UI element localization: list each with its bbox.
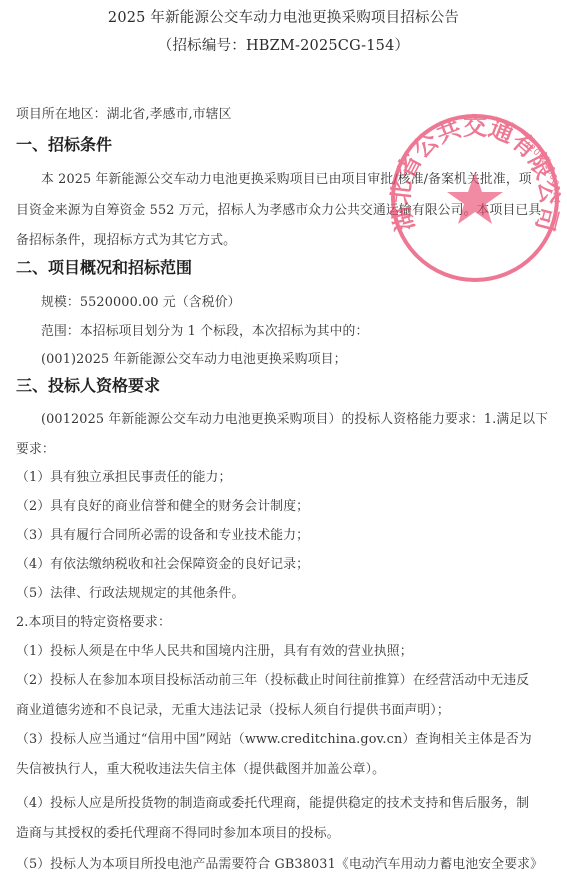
project-scale: 规模：5520000.00 元（含税价） <box>41 291 241 310</box>
project-scope: 范围：本招标项目划分为 1 个标段，本次招标为其中的： <box>41 320 368 339</box>
requirement-item: （1）具有独立承担民事责任的能力； <box>16 466 231 485</box>
project-region: 项目所在地区：湖北省,孝感市,市辖区 <box>16 103 232 122</box>
requirement-item: （5）投标人为本项目所投电池产品需要符合 GB38031《电动汽车用动力蓄电池安… <box>16 853 543 872</box>
tender-number: （招标编号：HBZM-2025CG-154） <box>0 34 567 55</box>
requirement-item: （3）投标人应当通过“信用中国”网站（www.creditchina.gov.c… <box>16 728 532 747</box>
requirement-item: （5）法律、行政法规规定的其他条件。 <box>16 582 244 601</box>
requirement-item-continued: 造商与其授权的委托代理商不得同时参加本项目的投标。 <box>16 822 340 841</box>
specific-requirements-label: 2.本项目的特定资格要求： <box>16 611 171 630</box>
section-heading-project-overview: 二、项目概况和招标范围 <box>16 255 192 278</box>
requirement-item-continued: 失信被执行人，重大税收违法失信主体（提供截图并加盖公章）。 <box>16 758 385 777</box>
section-heading-bidder-qualifications: 三、投标人资格要求 <box>16 373 160 396</box>
requirement-item: （2）具有良好的商业信誉和健全的财务会计制度； <box>16 495 309 514</box>
requirement-item: （3）具有履行合同所必需的设备和专业技术能力； <box>16 524 309 543</box>
paragraph-line: 目资金来源为自筹资金 552 万元，招标人为孝感市众力公共交通运输有限公司。本项… <box>16 199 541 218</box>
company-seal-icon: 湖北省公共交通有限公司 420921000424 <box>385 108 565 288</box>
paragraph-line: 备招标条件，现招标方式为其它方式。 <box>16 229 236 248</box>
requirement-item: （2）投标人在参加本项目投标活动前三年（投标截止时间往前推算）在经营活动中无违反 <box>16 669 529 688</box>
requirement-item: （4）投标人应是所投货物的制造商或委托代理商，能提供稳定的技术支持和售后服务，制 <box>16 792 529 811</box>
document-page: 2025 年新能源公交车动力电池更换采购项目招标公告 （招标编号：HBZM-20… <box>0 0 567 877</box>
requirement-item: （1）投标人须是在中华人民共和国境内注册，具有有效的营业执照； <box>16 640 413 659</box>
requirement-item-continued: 商业道德劣迹和不良记录，无重大违法记录（投标人须自行提供书面声明）； <box>16 699 450 718</box>
lot-item: (001)2025 年新能源公交车动力电池更换采购项目； <box>41 348 347 367</box>
paragraph-line: 本 2025 年新能源公交车动力电池更换采购项目已由项目审批/核准/备案机关批准… <box>41 168 532 187</box>
document-title: 2025 年新能源公交车动力电池更换采购项目招标公告 <box>0 6 567 27</box>
requirement-item: （4）有依法缴纳税收和社会保障资金的良好记录； <box>16 553 309 572</box>
paragraph-line: (0012025 年新能源公交车动力电池更换采购项目）的投标人资格能力要求：1.… <box>41 408 548 427</box>
paragraph-line: 要求： <box>16 438 55 457</box>
section-heading-bid-conditions: 一、招标条件 <box>16 132 112 155</box>
